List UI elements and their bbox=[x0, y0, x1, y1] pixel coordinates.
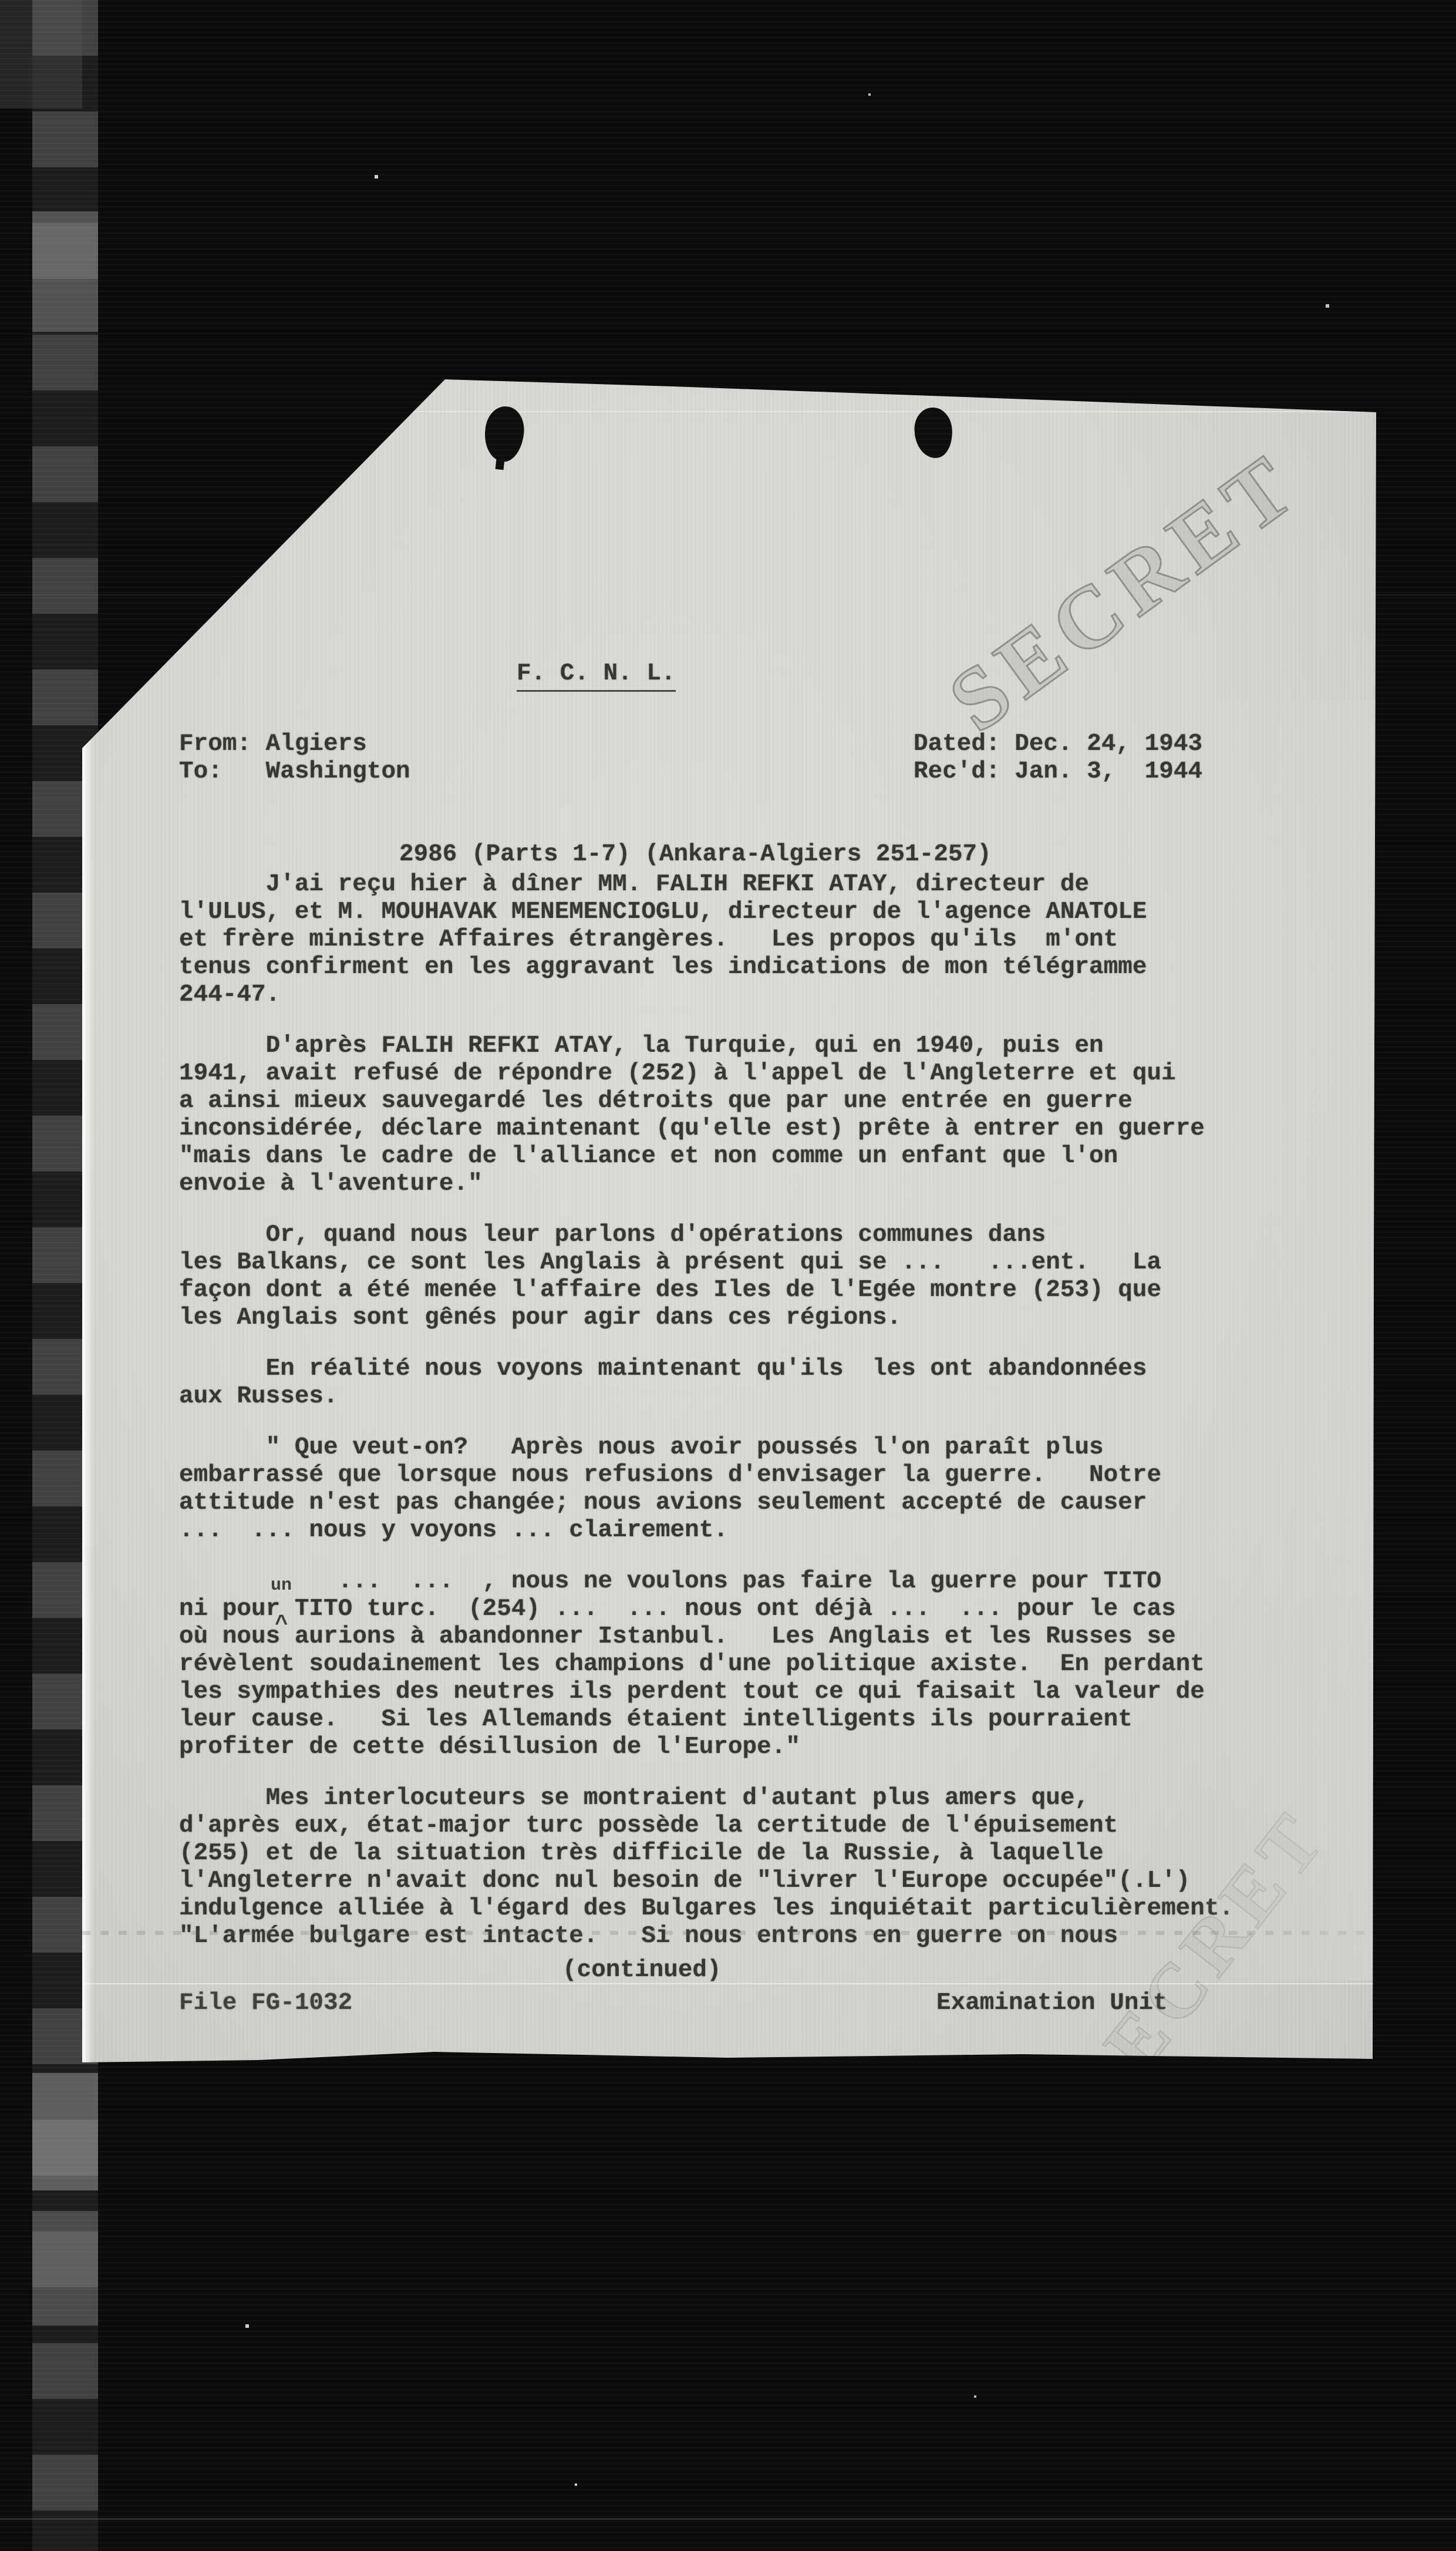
paragraph-2: D'après FALIH REFKI ATAY, la Turquie, qu… bbox=[179, 1032, 1353, 1198]
text-line: et frère ministre Affaires étrangères. L… bbox=[179, 926, 1353, 954]
text-line: l'ULUS, et M. MOUHAVAK MENEMENCIOGLU, di… bbox=[179, 898, 1353, 926]
continued-note: (continued) bbox=[562, 1957, 722, 1984]
text-line: 244-47. bbox=[179, 981, 1353, 1009]
header-dated: Dated: Dec. 24, 1943 bbox=[914, 731, 1202, 758]
text-line: où nous aurions à abandonner Istanbul. L… bbox=[179, 1623, 1353, 1651]
body-paragraphs: un ^ J'ai reçu hier à dîner MM. FALIH RE… bbox=[179, 871, 1353, 1974]
document-page: SECRET F. C. N. L. From: Algiers To: Was… bbox=[82, 371, 1383, 2066]
file-number: File FG-1032 bbox=[179, 1990, 352, 2017]
paragraph-3: Or, quand nous leur parlons d'opérations… bbox=[179, 1221, 1353, 1332]
inserted-word: un bbox=[271, 1576, 292, 1596]
text-line: (255) et de la situation très difficile … bbox=[179, 1840, 1353, 1867]
page-scan-line bbox=[82, 1983, 1383, 1984]
paragraph-1: J'ai reçu hier à dîner MM. FALIH REFKI A… bbox=[179, 871, 1353, 1009]
film-corner-patch bbox=[0, 0, 82, 109]
punch-hole bbox=[482, 405, 526, 463]
text-line: leur cause. Si les Allemands étaient int… bbox=[179, 1706, 1353, 1734]
text-line: a ainsi mieux sauvegardé les détroits qu… bbox=[179, 1088, 1353, 1115]
text-line: les sympathies des neutres ils perdent t… bbox=[179, 1678, 1353, 1706]
page-title: F. C. N. L. bbox=[517, 660, 676, 692]
text-line: En réalité nous voyons maintenant qu'ils… bbox=[179, 1355, 1353, 1383]
text-line: révèlent soudainement les champions d'un… bbox=[179, 1651, 1353, 1678]
text-line: les Anglais sont gênés pour agir dans ce… bbox=[179, 1304, 1353, 1332]
punch-hole bbox=[913, 406, 954, 459]
text-line: les Balkans, ce sont les Anglais à prése… bbox=[179, 1249, 1353, 1277]
page-scan-line bbox=[82, 411, 1383, 412]
film-band-highlight bbox=[32, 211, 98, 332]
film-band-highlight bbox=[32, 2211, 98, 2325]
text-line: envoie à l'aventure." bbox=[179, 1170, 1353, 1198]
paragraph-4: En réalité nous voyons maintenant qu'ils… bbox=[179, 1355, 1353, 1411]
film-band-highlight bbox=[32, 2073, 98, 2190]
header-received: Rec'd: Jan. 3, 1944 bbox=[914, 758, 1202, 785]
text-line: 1941, avait refusé de répondre (252) à l… bbox=[179, 1060, 1353, 1088]
text-line: aux Russes. bbox=[179, 1383, 1353, 1411]
text-line: profiter de cette désillusion de l'Europ… bbox=[179, 1734, 1353, 1761]
text-line: d'après eux, état-major turc possède la … bbox=[179, 1812, 1353, 1840]
header-from: From: Algiers bbox=[179, 731, 367, 758]
text-line: tenus confirment en les aggravant les in… bbox=[179, 954, 1353, 981]
text-line: ni pour TITO turc. (254) ... ... nous on… bbox=[179, 1596, 1353, 1623]
text-line: D'après FALIH REFKI ATAY, la Turquie, qu… bbox=[179, 1032, 1353, 1060]
page-scan-streak bbox=[82, 1931, 1383, 1935]
dust-specks bbox=[0, 0, 1, 1]
subject-line: 2986 (Parts 1-7) (Ankara-Algiers 251-257… bbox=[399, 841, 992, 868]
text-line: ... ... nous y voyons ... clairement. bbox=[179, 1517, 1353, 1544]
text-line: "mais dans le cadre de l'alliance et non… bbox=[179, 1143, 1353, 1170]
header-to: To: Washington bbox=[179, 758, 410, 785]
text-line: l'Angleterre n'avait donc nul besoin de … bbox=[179, 1867, 1353, 1895]
text-line: embarrassé que lorsque nous refusions d'… bbox=[179, 1462, 1353, 1489]
paragraph-6: ... ... , nous ne voulons pas faire la g… bbox=[179, 1568, 1353, 1761]
text-line: façon dont a été menée l'affaire des Ile… bbox=[179, 1277, 1353, 1304]
paragraph-5: " Que veut-on? Après nous avoir poussés … bbox=[179, 1434, 1353, 1544]
page-edge-glare bbox=[82, 735, 94, 2066]
text-line: Or, quand nous leur parlons d'opérations… bbox=[179, 1221, 1353, 1249]
text-line: " Que veut-on? Après nous avoir poussés … bbox=[179, 1434, 1353, 1462]
text-line: J'ai reçu hier à dîner MM. FALIH REFKI A… bbox=[179, 871, 1353, 898]
scan-streak bbox=[0, 2518, 1456, 2520]
text-line: ... ... , nous ne voulons pas faire la g… bbox=[179, 1568, 1353, 1596]
text-line: Mes interlocuteurs se montraient d'autan… bbox=[179, 1785, 1353, 1812]
insertion-caret-mark: ^ bbox=[275, 1612, 288, 1637]
text-line: inconsidérée, déclare maintenant (qu'ell… bbox=[179, 1115, 1353, 1143]
microfilm-frame: SECRET F. C. N. L. From: Algiers To: Was… bbox=[0, 0, 1456, 2551]
secret-stamp: SECRET bbox=[931, 432, 1318, 752]
text-line: attitude n'est pas changée; nous avions … bbox=[179, 1489, 1353, 1517]
